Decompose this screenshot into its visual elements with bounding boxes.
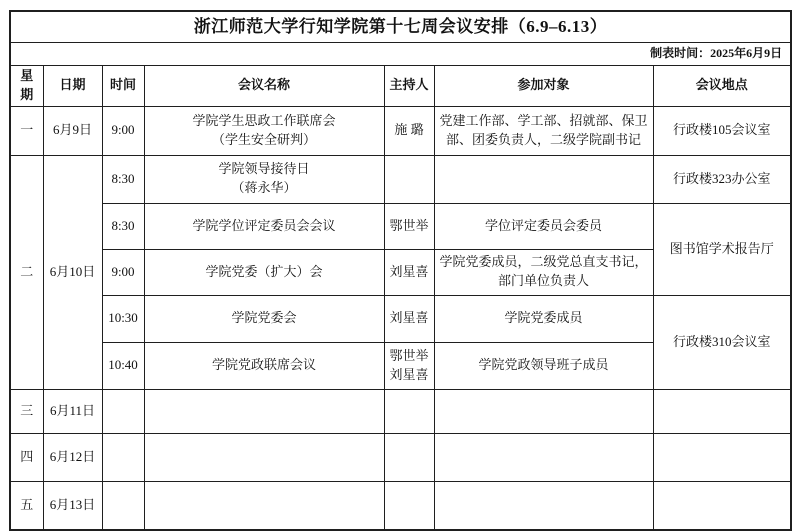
meeting-location: 行政楼323办公室 (653, 155, 791, 203)
empty-meeting-name-cell (144, 481, 384, 501)
meeting-host-empty (384, 155, 434, 203)
empty-time-cell (102, 433, 144, 481)
header-host: 主持人 (384, 66, 434, 107)
empty-host-cell (384, 481, 434, 501)
header-location: 会议地点 (653, 66, 791, 107)
made-time-label: 制表时间：2025年6月9日 (10, 43, 791, 66)
meeting-time: 8:30 (102, 155, 144, 203)
date-cell-tuesday: 6月10日 (43, 155, 102, 389)
empty-meeting-name-cell (144, 433, 384, 481)
table-row: 三 6月11日 (10, 389, 791, 433)
empty-participants-cell (434, 389, 653, 433)
empty-meeting-name-cell (144, 389, 384, 433)
meeting-name-note: （蒋永华） (148, 179, 381, 198)
meeting-time: 9:00 (102, 106, 144, 155)
header-meeting-name: 会议名称 (144, 66, 384, 107)
meeting-host-line2: 刘星喜 (388, 366, 431, 385)
table-row: 二 6月10日 8:30 学院领导接待日 （蒋永华） 行政楼323办公室 (10, 155, 791, 203)
meeting-location: 行政楼105会议室 (653, 106, 791, 155)
meeting-name-main: 学院学生思政工作联席会 (148, 112, 381, 131)
meeting-schedule-sheet: 浙江师范大学行知学院第十七周会议安排（6.9–6.13） 制表时间：2025年6… (9, 10, 792, 501)
meeting-time: 9:00 (102, 249, 144, 295)
meeting-name: 学院党委会 (144, 295, 384, 342)
date-cell-friday: 6月13日 (43, 481, 102, 501)
meeting-location: 行政楼310会议室 (653, 295, 791, 389)
meeting-participants: 学位评定委员会委员 (434, 203, 653, 249)
header-week: 星期 (10, 66, 43, 107)
meeting-host: 刘星喜 (384, 249, 434, 295)
date-cell-monday: 6月9日 (43, 106, 102, 155)
meeting-participants: 学院党政领导班子成员 (434, 342, 653, 389)
empty-location-cell (653, 389, 791, 433)
table-row: 五 6月13日 (10, 481, 791, 501)
meeting-host: 刘星喜 (384, 295, 434, 342)
date-cell-wednesday: 6月11日 (43, 389, 102, 433)
meeting-name: 学院党委（扩大）会 (144, 249, 384, 295)
meeting-time: 10:30 (102, 295, 144, 342)
empty-participants-cell (434, 433, 653, 481)
empty-location-cell (653, 481, 791, 501)
header-date: 日期 (43, 66, 102, 107)
meeting-host: 施 璐 (384, 106, 434, 155)
meeting-time: 10:40 (102, 342, 144, 389)
empty-host-cell (384, 389, 434, 433)
meeting-participants: 党建工作部、学工部、招就部、保卫部、团委负责人，二级学院副书记 (434, 106, 653, 155)
week-cell-monday: 一 (10, 106, 43, 155)
table-row: 8:30 学院学位评定委员会会议 鄂世举 学位评定委员会委员 图书馆学术报告厅 (10, 203, 791, 249)
week-cell-tuesday: 二 (10, 155, 43, 389)
table-row: 四 6月12日 (10, 433, 791, 481)
empty-host-cell (384, 433, 434, 481)
meeting-name: 学院学位评定委员会会议 (144, 203, 384, 249)
meeting-participants-empty (434, 155, 653, 203)
meeting-schedule-table: 浙江师范大学行知学院第十七周会议安排（6.9–6.13） 制表时间：2025年6… (9, 10, 792, 501)
week-cell-thursday: 四 (10, 433, 43, 481)
meeting-host-line1: 鄂世举 (388, 347, 431, 366)
page-title: 浙江师范大学行知学院第十七周会议安排（6.9–6.13） (10, 11, 791, 43)
meeting-name-main: 学院领导接待日 (148, 160, 381, 179)
table-row: 一 6月9日 9:00 学院学生思政工作联席会 （学生安全研判） 施 璐 党建工… (10, 106, 791, 155)
table-row: 10:30 学院党委会 刘星喜 学院党委成员 行政楼310会议室 (10, 295, 791, 342)
week-cell-wednesday: 三 (10, 389, 43, 433)
empty-location-cell (653, 433, 791, 481)
meeting-host: 鄂世举 (384, 203, 434, 249)
meeting-participants: 学院党委成员 (434, 295, 653, 342)
empty-time-cell (102, 389, 144, 433)
date-cell-thursday: 6月12日 (43, 433, 102, 481)
header-time: 时间 (102, 66, 144, 107)
meeting-name: 学院学生思政工作联席会 （学生安全研判） (144, 106, 384, 155)
week-cell-friday: 五 (10, 481, 43, 501)
meeting-location: 图书馆学术报告厅 (653, 203, 791, 295)
meeting-name: 学院领导接待日 （蒋永华） (144, 155, 384, 203)
meeting-participants: 学院党委成员，二级党总直支书记，部门单位负责人 (434, 249, 653, 295)
meeting-time: 8:30 (102, 203, 144, 249)
meeting-name: 学院党政联席会议 (144, 342, 384, 389)
empty-participants-cell (434, 481, 653, 501)
meeting-name-note: （学生安全研判） (148, 131, 381, 150)
header-participants: 参加对象 (434, 66, 653, 107)
meeting-host: 鄂世举 刘星喜 (384, 342, 434, 389)
empty-time-cell (102, 481, 144, 501)
